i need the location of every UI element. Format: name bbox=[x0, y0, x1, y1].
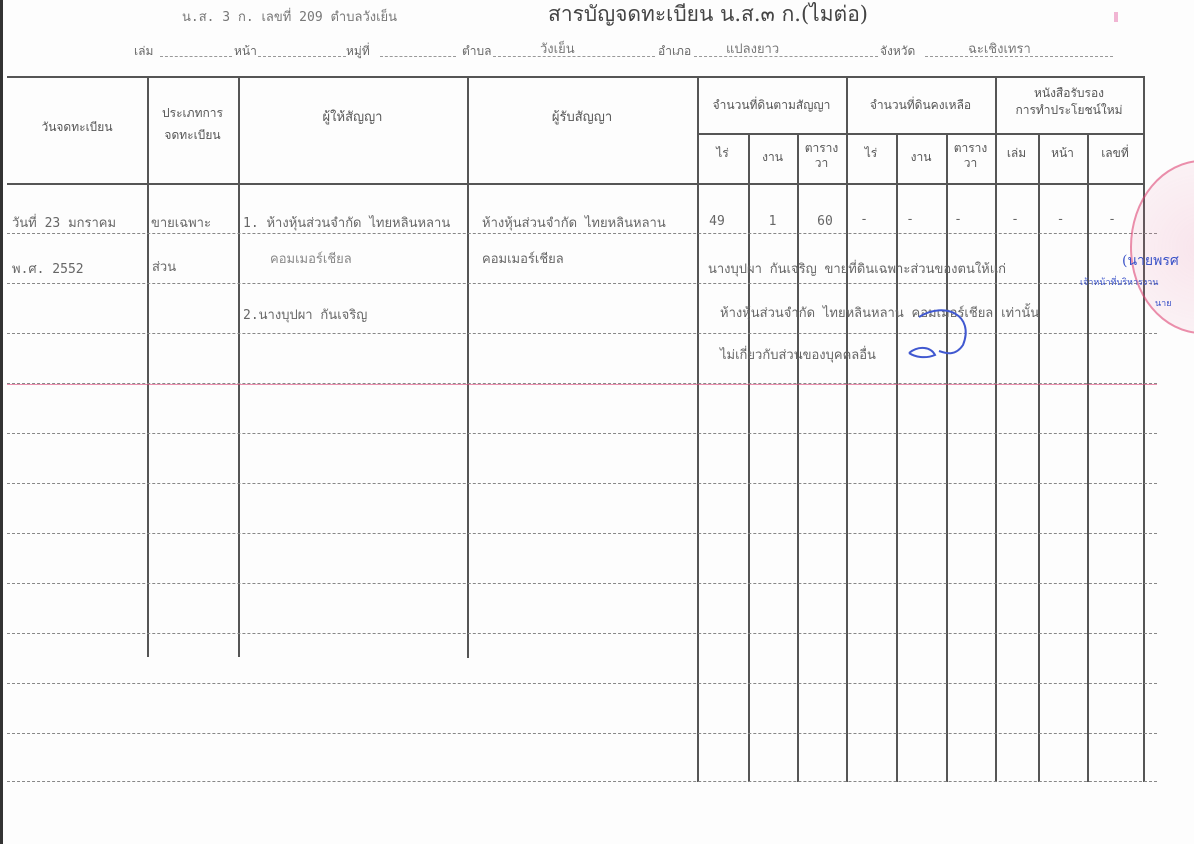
scan-edge bbox=[0, 0, 3, 844]
subheader-sqwa-1: ตาราง bbox=[797, 141, 846, 156]
page-label: หน้า bbox=[234, 42, 257, 61]
signature-scribble bbox=[905, 305, 985, 365]
col-divider bbox=[1143, 76, 1145, 782]
subheader-border bbox=[697, 133, 1143, 135]
cert-volume: - bbox=[995, 212, 1035, 227]
contract-sqwa: 60 bbox=[797, 214, 853, 229]
table-top-border bbox=[7, 76, 1145, 78]
village-field-line bbox=[380, 56, 456, 57]
page-field-line bbox=[258, 56, 346, 57]
row-divider bbox=[7, 433, 1157, 434]
ink-mark bbox=[1114, 12, 1118, 22]
col-divider bbox=[946, 133, 948, 782]
entry-date-line2: พ.ศ. 2552 bbox=[12, 258, 84, 279]
contract-ngan: 1 bbox=[748, 214, 797, 229]
col-divider bbox=[995, 76, 997, 782]
entry-note-line1: นางบุปผา กันเจริญ ขายที่ดินเฉพาะส่วนของต… bbox=[708, 258, 1006, 279]
subheader-sqwa-2: วา bbox=[946, 156, 995, 171]
col-divider bbox=[697, 76, 699, 782]
subheader-page: หน้า bbox=[1038, 146, 1087, 161]
row-divider bbox=[7, 283, 1157, 284]
subheader-sqwa-1: ตาราง bbox=[946, 141, 995, 156]
red-rule bbox=[7, 384, 1157, 385]
col-divider bbox=[147, 76, 149, 657]
entry-grantee-a: ห้างหุ้นส่วนจำกัด ไทยหลินหลาน bbox=[482, 212, 666, 233]
entry-note-line2: ห้างหุ้นส่วนจำกัด ไทยหลินหลาน คอมเมอร์เช… bbox=[720, 302, 1039, 323]
col-header-grantee: ผู้รับสัญญา bbox=[467, 110, 697, 125]
col-header-reg-type-2: จดทะเบียน bbox=[147, 128, 238, 143]
row-divider bbox=[7, 483, 1157, 484]
contract-rai: 49 bbox=[697, 214, 737, 229]
col-header-cert-2: การทำประโยชน์ใหม่ bbox=[995, 103, 1143, 118]
cert-page: - bbox=[1038, 212, 1083, 227]
cert-number: - bbox=[1087, 212, 1137, 227]
district-label: อำเภอ bbox=[658, 42, 691, 61]
village-label: หมู่ที่ bbox=[346, 42, 370, 61]
entry-type-line2: ส่วน bbox=[152, 256, 176, 277]
officer-name: (นายพรศ bbox=[1122, 250, 1179, 272]
col-divider bbox=[238, 76, 240, 657]
subdistrict-value: วังเย็น bbox=[540, 38, 575, 59]
col-header-reg-date: วันจดทะเบียน bbox=[7, 120, 147, 135]
volume-label: เล่ม bbox=[134, 42, 153, 61]
document-reference: น.ส. 3 ก. เลขที่ 209 ตำบลวังเย็น bbox=[182, 6, 397, 27]
col-header-land-remaining: จำนวนที่ดินคงเหลือ bbox=[846, 98, 995, 113]
province-value: ฉะเชิงเทรา bbox=[968, 38, 1031, 59]
entry-grantor-1b: คอมเมอร์เชียล bbox=[270, 248, 352, 269]
col-divider bbox=[846, 76, 848, 782]
officer-title: เจ้าหน้าที่บริหารงาน bbox=[1080, 275, 1158, 289]
entry-note-line3: ไม่เกี่ยวกับส่วนของบุคคลอื่น bbox=[720, 344, 876, 365]
row-divider bbox=[7, 733, 1157, 734]
entry-type-line1: ขายเฉพาะ bbox=[151, 212, 211, 233]
col-divider bbox=[748, 133, 750, 782]
col-divider bbox=[467, 76, 469, 658]
subheader-sqwa-2: วา bbox=[797, 156, 846, 171]
subheader-volume: เล่ม bbox=[995, 146, 1038, 161]
col-header-reg-type-1: ประเภทการ bbox=[147, 106, 238, 121]
entry-grantee-b: คอมเมอร์เชียล bbox=[482, 248, 564, 269]
officer-extra: นาย bbox=[1155, 296, 1171, 310]
remain-rai: - bbox=[846, 212, 882, 227]
row-divider bbox=[7, 583, 1157, 584]
col-header-grantor: ผู้ให้สัญญา bbox=[238, 110, 467, 125]
entry-grantor-1a: 1. ห้างหุ้นส่วนจำกัด ไทยหลินหลาน bbox=[243, 212, 450, 233]
col-header-land-contract: จำนวนที่ดินตามสัญญา bbox=[697, 98, 846, 113]
col-header-cert-1: หนังสือรับรอง bbox=[995, 86, 1143, 101]
volume-field-line bbox=[160, 56, 232, 57]
row-divider bbox=[7, 683, 1157, 684]
col-divider bbox=[1038, 133, 1040, 782]
col-divider bbox=[1087, 133, 1089, 782]
subheader-rai: ไร่ bbox=[697, 146, 748, 161]
province-label: จังหวัด bbox=[880, 42, 915, 61]
page-title: สารบัญจดทะเบียน น.ส.๓ ก.(ไมต่อ) bbox=[548, 0, 868, 31]
remain-sqwa: - bbox=[946, 212, 970, 227]
row-divider bbox=[7, 533, 1157, 534]
row-divider bbox=[7, 781, 1157, 782]
subheader-number: เลขที่ bbox=[1087, 146, 1143, 161]
col-divider bbox=[896, 133, 898, 782]
row-divider bbox=[7, 633, 1157, 634]
district-field-line bbox=[694, 56, 878, 57]
subdistrict-label: ตำบล bbox=[462, 42, 492, 61]
subheader-rai: ไร่ bbox=[846, 146, 896, 161]
entry-grantor-2: 2.นางบุปผา กันเจริญ bbox=[243, 304, 367, 325]
entry-date-line1: วันที่ 23 มกราคม bbox=[12, 212, 116, 233]
subheader-ngan: งาน bbox=[748, 150, 797, 165]
header-bottom-border bbox=[7, 183, 1145, 185]
col-divider bbox=[797, 133, 799, 782]
subheader-ngan: งาน bbox=[896, 150, 946, 165]
row-divider bbox=[7, 233, 1157, 234]
remain-ngan: - bbox=[896, 212, 924, 227]
district-value: แปลงยาว bbox=[726, 38, 779, 59]
